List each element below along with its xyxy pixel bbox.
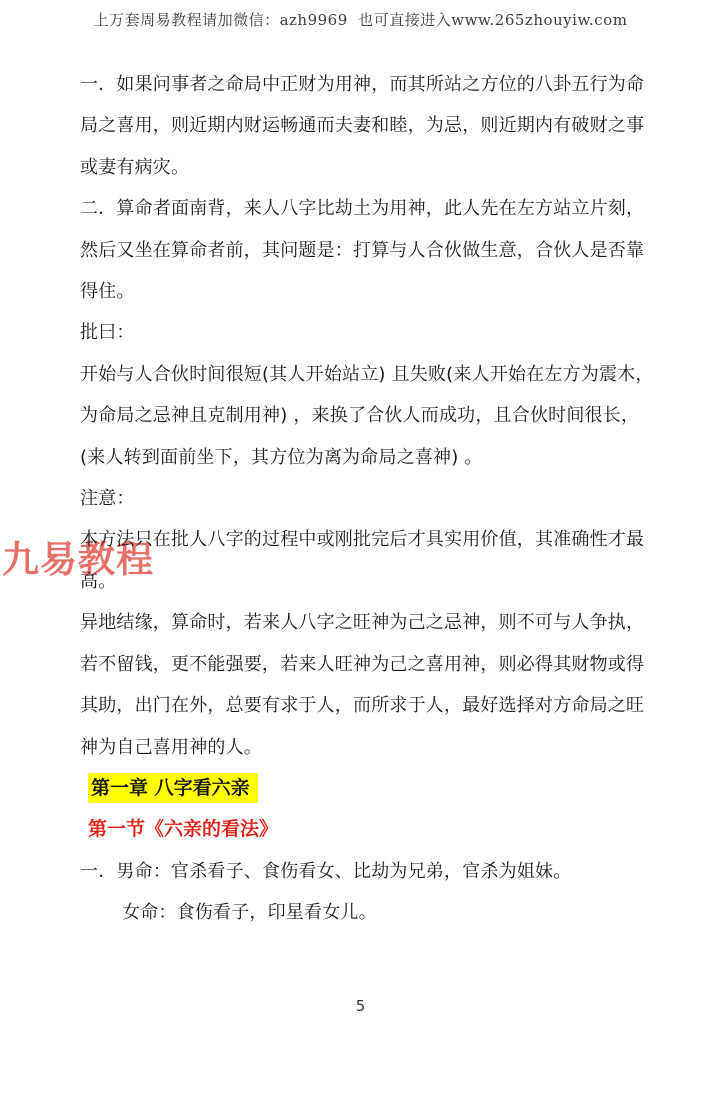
document-body: 一．如果问事者之命局中正财为用神，而其所站之方位的八卦五行为命 局之喜用，则近期… [80, 64, 684, 934]
chapter-heading: 第一章 八字看六亲 [80, 768, 684, 809]
paragraph-3-piyue-label: 批曰： [80, 312, 684, 353]
page-number: 5 [0, 997, 721, 1015]
paragraph-6: 本方法只在批人八字的过程中或刚批完后才具实用价值，其准确性才最 高。 [80, 519, 684, 602]
male-rule-line: 一．男命：官杀看子、食伤看女、比劫为兄弟，官杀为姐妹。 [80, 851, 684, 892]
chapter-heading-text: 第一章 八字看六亲 [88, 773, 258, 803]
document-page: 上万套周易教程请加微信：azh9969 也可直接进入www.265zhouyiw… [0, 0, 721, 1101]
female-rule-line: 女命：食伤看子，印星看女儿。 [80, 892, 684, 933]
paragraph-7: 异地结缘，算命时，若来人八字之旺神为己之忌神，则不可与人争执， 若不留钱，更不能… [80, 602, 684, 768]
header-note: 上万套周易教程请加微信：azh9969 也可直接进入www.265zhouyiw… [0, 9, 721, 30]
paragraph-1: 一．如果问事者之命局中正财为用神，而其所站之方位的八卦五行为命 局之喜用，则近期… [80, 64, 684, 188]
paragraph-5-notice-label: 注意： [80, 478, 684, 519]
paragraph-4: 开始与人合伙时间很短(其人开始站立) 且失败(来人开始在左方为震木， 为命局之忌… [80, 354, 684, 478]
paragraph-2: 二．算命者面南背，来人八字比劫土为用神，此人先在左方站立片刻， 然后又坐在算命者… [80, 188, 684, 312]
section-heading: 第一节《六亲的看法》 [80, 809, 684, 850]
